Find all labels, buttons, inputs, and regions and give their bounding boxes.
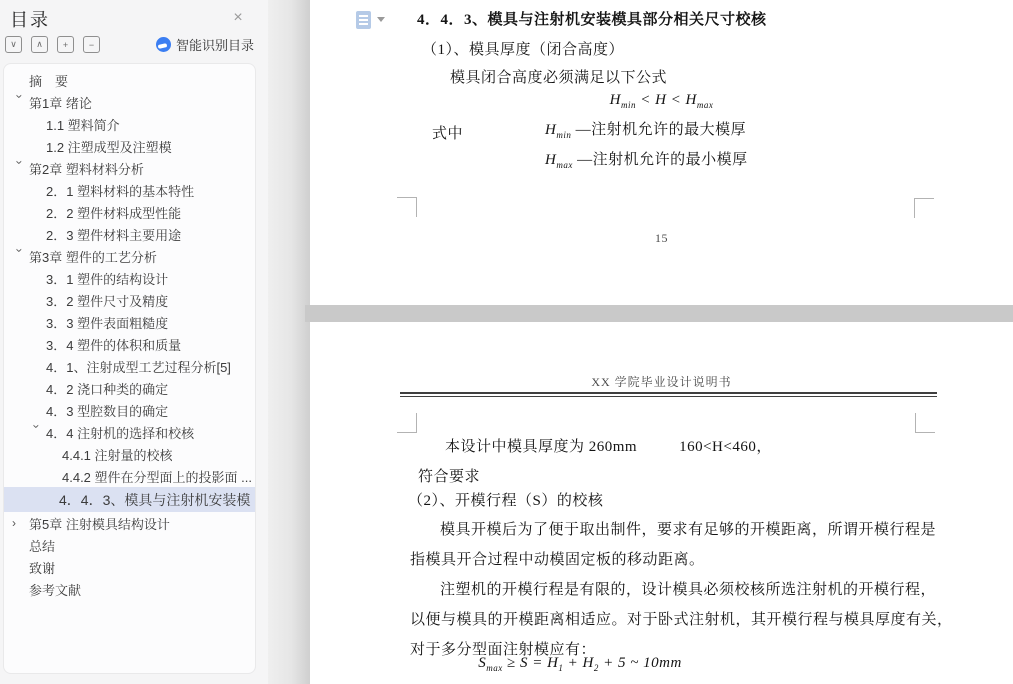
page-number: 15 bbox=[310, 231, 1013, 246]
toc-item-label: 4.4.1 注射量的校核 bbox=[62, 445, 173, 464]
app-window: 目录 × ∨∧+− 智能识别目录 摘 要›第1章 绪论1.1 塑料简介1.2 注… bbox=[0, 0, 1013, 684]
toc-item-label: 第5章 注射模具结构设计 bbox=[29, 514, 170, 533]
toc-item[interactable]: 4．4．3、模具与注射机安装模 ... bbox=[4, 487, 255, 512]
toc-item[interactable]: 4.4.2 塑件在分型面上的投影面 ... bbox=[4, 465, 255, 487]
toc-item-label: 4．1、注射成型工艺过程分析[5] bbox=[46, 357, 231, 376]
toc-item-label: 4．3 型腔数目的确定 bbox=[46, 401, 168, 420]
section-heading[interactable]: 4．4．3、模具与注射机安装模具部分相关尺寸校核 bbox=[417, 8, 767, 29]
page-gap bbox=[305, 305, 1013, 322]
toc-item[interactable]: ›第5章 注射模具结构设计 bbox=[4, 512, 255, 534]
toc-item-label: 2．3 塑件材料主要用途 bbox=[46, 225, 181, 244]
smart-recognize-button[interactable]: 智能识别目录 bbox=[156, 35, 254, 54]
toc-item[interactable]: 4．3 型腔数目的确定 bbox=[4, 399, 255, 421]
collapse-down-button[interactable]: ∨ bbox=[5, 36, 22, 53]
toc-item[interactable]: ›第2章 塑料材料分析 bbox=[4, 157, 255, 179]
chevron-down-icon[interactable]: › bbox=[13, 94, 27, 111]
margin-corner-mark bbox=[915, 413, 935, 433]
toc-sidebar: 目录 × ∨∧+− 智能识别目录 摘 要›第1章 绪论1.1 塑料简介1.2 注… bbox=[0, 0, 268, 684]
toc-item[interactable]: 致谢 bbox=[4, 556, 255, 578]
chevron-right-icon[interactable]: › bbox=[12, 516, 29, 530]
toc-item-label: 致谢 bbox=[29, 558, 55, 577]
document-icon bbox=[356, 11, 371, 29]
chevron-down-icon[interactable]: › bbox=[13, 160, 27, 177]
body-line[interactable]: 本设计中模具厚度为 260mm160<H<460， bbox=[445, 435, 772, 456]
toc-item-label: 第2章 塑料材料分析 bbox=[29, 159, 144, 178]
toc-item-label: 4.4.2 塑件在分型面上的投影面 ... bbox=[62, 467, 252, 486]
body-text: 本设计中模具厚度为 260mm bbox=[445, 439, 637, 455]
page-header: XX 学院毕业设计说明书 bbox=[310, 373, 1013, 390]
subheading-1[interactable]: （1）、模具厚度（闭合高度） bbox=[422, 38, 624, 59]
toc-item[interactable]: 1.2 注塑成型及注塑模 bbox=[4, 135, 255, 157]
toc-item-label: 2．2 塑件材料成型性能 bbox=[46, 203, 181, 222]
collapse-all-button[interactable]: − bbox=[83, 36, 100, 53]
chevron-down-icon[interactable]: › bbox=[13, 248, 27, 265]
formula-definitions[interactable]: Hmin —注射机允许的最大模厚Hmax —注射机允许的最小模厚 bbox=[545, 118, 748, 178]
toc-item[interactable]: 4．2 浇口种类的确定 bbox=[4, 377, 255, 399]
toc-item[interactable]: 2．2 塑件材料成型性能 bbox=[4, 201, 255, 223]
body-line[interactable]: 符合要求 bbox=[418, 465, 480, 486]
document-page-1[interactable]: 4．4．3、模具与注射机安装模具部分相关尺寸校核 （1）、模具厚度（闭合高度） … bbox=[310, 0, 1013, 305]
toc-item-label: 4．2 浇口种类的确定 bbox=[46, 379, 168, 398]
expand-all-icon: + bbox=[63, 40, 68, 50]
toc-item[interactable]: ›第1章 绪论 bbox=[4, 91, 255, 113]
margin-corner-mark bbox=[397, 413, 417, 433]
toc-item[interactable]: 4.4.1 注射量的校核 bbox=[4, 443, 255, 465]
toc-item[interactable]: ›第3章 塑件的工艺分析 bbox=[4, 245, 255, 267]
toc-item-label: 3．4 塑件的体积和质量 bbox=[46, 335, 181, 354]
formula-definition-line: Hmax —注射机允许的最小模厚 bbox=[545, 148, 748, 178]
header-rule-thin bbox=[400, 396, 937, 397]
formula-s-max[interactable]: Smax ≥ S = H1 + H2 + 5 ~ 10mm bbox=[470, 655, 690, 673]
toc-item-label: 4．4．3、模具与注射机安装模 ... bbox=[59, 490, 255, 510]
collapse-up-icon: ∧ bbox=[36, 39, 43, 50]
document-background-gutter bbox=[268, 0, 310, 684]
toc-item[interactable]: 3．2 塑件尺寸及精度 bbox=[4, 289, 255, 311]
document-page-2[interactable]: XX 学院毕业设计说明书 本设计中模具厚度为 260mm160<H<460， 符… bbox=[310, 322, 1013, 684]
toc-item[interactable]: 总结 bbox=[4, 534, 255, 556]
toc-panel-title: 目录 bbox=[10, 6, 50, 32]
smart-recognize-label: 智能识别目录 bbox=[176, 35, 254, 54]
body-line[interactable]: 注塑机的开模行程是有限的，设计模具必须校核所选注射机的开模行程， bbox=[440, 578, 936, 599]
page-tool-button[interactable] bbox=[356, 11, 385, 29]
body-line[interactable]: 模具闭合高度必须满足以下公式 bbox=[450, 66, 667, 87]
toc-item-label: 3．2 塑件尺寸及精度 bbox=[46, 291, 168, 310]
toc-item-label: 总结 bbox=[29, 536, 55, 555]
toc-item-label: 3．1 塑件的结构设计 bbox=[46, 269, 168, 288]
formula-where-label[interactable]: 式中 bbox=[432, 122, 463, 143]
toc-item-label: 第3章 塑件的工艺分析 bbox=[29, 247, 157, 266]
toc-item-label: 摘 要 bbox=[29, 71, 68, 90]
toc-item-label: 2．1 塑料材料的基本特性 bbox=[46, 181, 194, 200]
toc-item[interactable]: 1.1 塑料简介 bbox=[4, 113, 255, 135]
toc-toolbar: ∨∧+− bbox=[5, 36, 100, 54]
body-line[interactable]: 模具开模后为了便于取出制件，要求有足够的开模距离，所谓开模行程是 bbox=[440, 518, 936, 539]
collapse-down-icon: ∨ bbox=[10, 39, 17, 50]
formula-definition-line: Hmin —注射机允许的最大模厚 bbox=[545, 118, 748, 148]
collapse-all-icon: − bbox=[89, 40, 94, 50]
margin-corner-mark bbox=[914, 198, 934, 218]
toc-item-label: 1.2 注塑成型及注塑模 bbox=[46, 137, 172, 156]
toc-item[interactable]: 4．1、注射成型工艺过程分析[5] bbox=[4, 355, 255, 377]
toc-item[interactable]: 参考文献 bbox=[4, 578, 255, 600]
body-line[interactable]: 指模具开合过程中动模固定板的移动距离。 bbox=[410, 548, 705, 569]
header-rule-thick bbox=[400, 392, 937, 394]
toc-item-label: 1.1 塑料简介 bbox=[46, 115, 120, 134]
toc-item[interactable]: 摘 要 bbox=[4, 69, 255, 91]
expand-all-button[interactable]: + bbox=[57, 36, 74, 53]
toc-item[interactable]: 2．3 塑件材料主要用途 bbox=[4, 223, 255, 245]
chevron-down-icon[interactable]: › bbox=[30, 424, 44, 441]
toc-item[interactable]: 3．4 塑件的体积和质量 bbox=[4, 333, 255, 355]
subheading-2[interactable]: （2）、开模行程（S）的校核 bbox=[408, 489, 603, 510]
dropdown-caret-icon bbox=[377, 17, 385, 22]
formula-h-range[interactable]: Hmin < H < Hmax bbox=[310, 92, 1013, 110]
body-text: 160<H<460， bbox=[679, 439, 772, 455]
toc-item[interactable]: 3．3 塑件表面粗糙度 bbox=[4, 311, 255, 333]
margin-corner-mark bbox=[397, 197, 417, 217]
toc-item[interactable]: ›4．4 注射机的选择和校核 bbox=[4, 421, 255, 443]
toc-item[interactable]: 3．1 塑件的结构设计 bbox=[4, 267, 255, 289]
toc-item[interactable]: 2．1 塑料材料的基本特性 bbox=[4, 179, 255, 201]
toc-item-label: 3．3 塑件表面粗糙度 bbox=[46, 313, 168, 332]
collapse-up-button[interactable]: ∧ bbox=[31, 36, 48, 53]
close-icon[interactable]: × bbox=[228, 8, 248, 28]
toc-list: 摘 要›第1章 绪论1.1 塑料简介1.2 注塑成型及注塑模›第2章 塑料材料分… bbox=[3, 63, 256, 674]
toc-item-label: 第1章 绪论 bbox=[29, 93, 92, 112]
ai-assistant-icon bbox=[156, 37, 171, 52]
toc-item-label: 参考文献 bbox=[29, 580, 81, 599]
toc-item-label: 4．4 注射机的选择和校核 bbox=[46, 423, 194, 442]
body-line[interactable]: 以便与模具的开模距离相适应。对于卧式注射机，其开模行程与模具厚度有关， bbox=[410, 608, 953, 629]
